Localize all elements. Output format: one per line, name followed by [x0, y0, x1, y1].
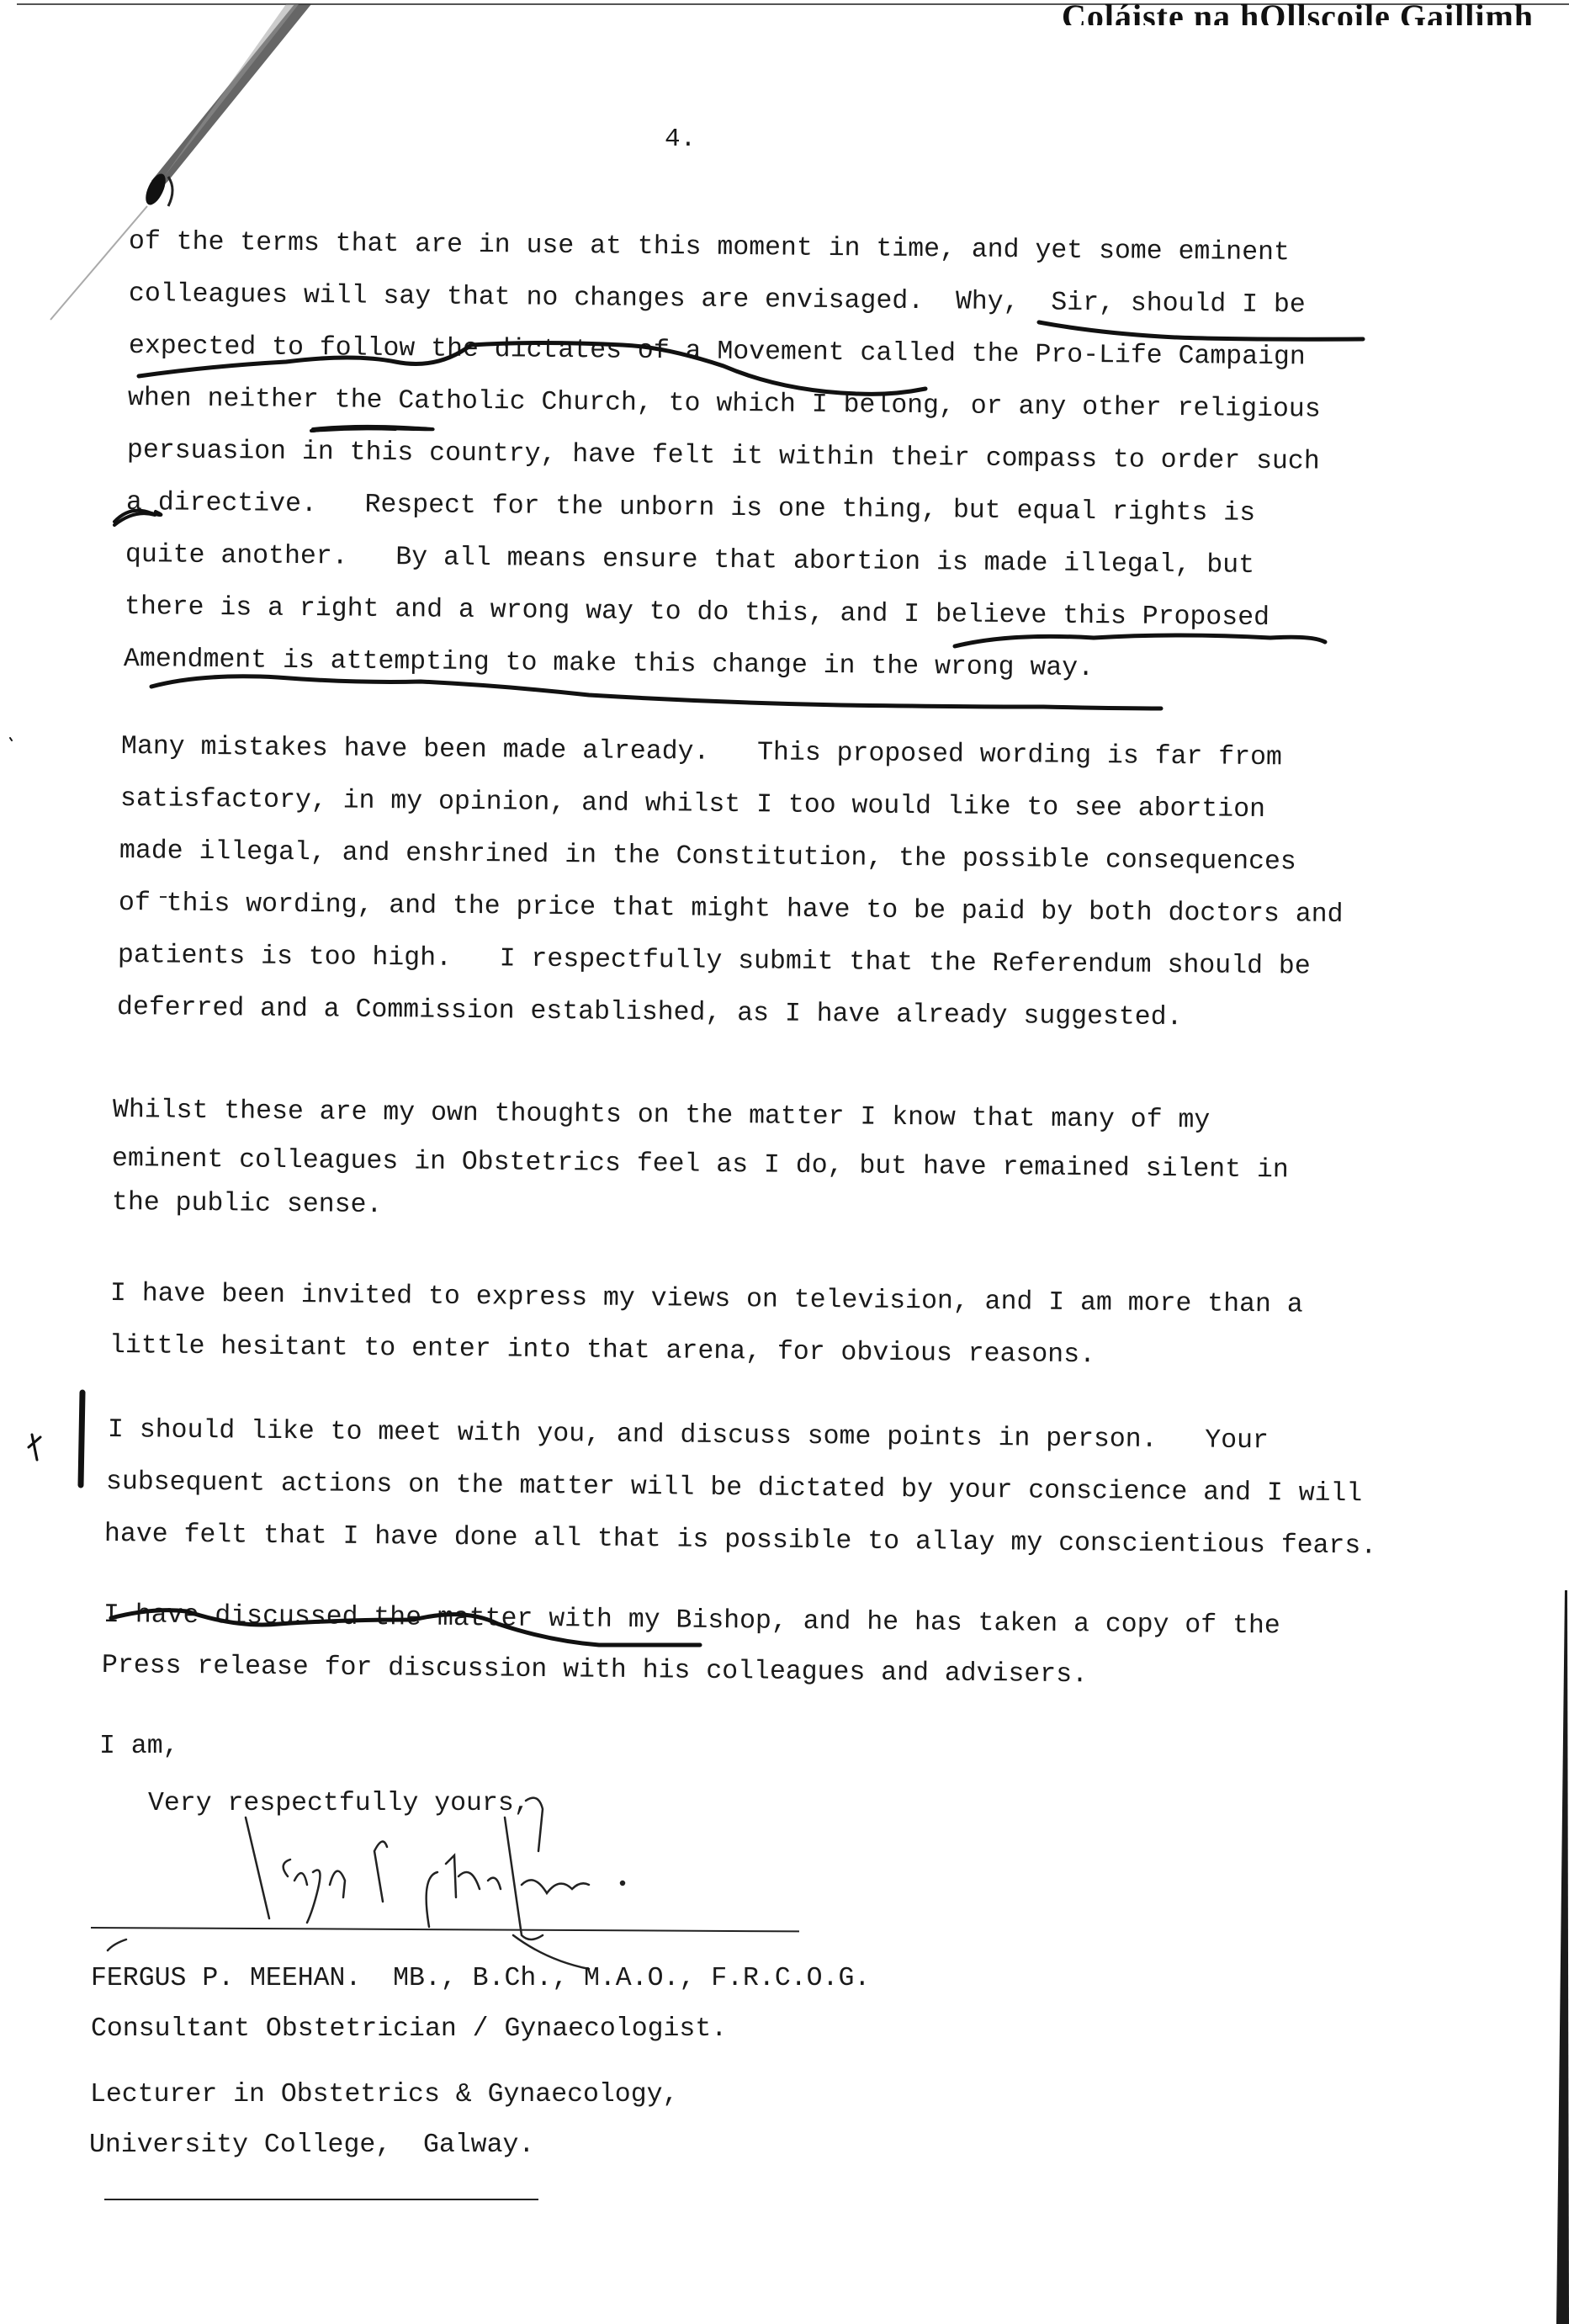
text-line: eminent colleagues in Obstetrics feel as… [112, 1143, 1289, 1187]
text-line: deferred and a Commission established, a… [117, 991, 1183, 1035]
signatory-position: Lecturer in Obstetrics & Gynaecology, [90, 2078, 678, 2112]
text-line: of this wording, and the price that migh… [119, 887, 1344, 932]
signature-line [91, 1927, 799, 1932]
salutation: I am, [99, 1730, 179, 1764]
valediction: Very respectfully yours, [148, 1787, 530, 1821]
scan-edge-shadow [1540, 1590, 1569, 2324]
text-line: the public sense. [112, 1186, 383, 1223]
page-number: 4. [665, 125, 696, 154]
underline-proposed [955, 635, 1325, 646]
text-line: satisfactory, in my opinion, and whilst … [120, 783, 1265, 827]
text-line: Press release for discussion with his co… [102, 1649, 1088, 1692]
text-line: have felt that I have done all that is p… [104, 1518, 1377, 1564]
text-line: Amendment is attempting to make this cha… [124, 643, 1094, 686]
underline-why-sir [1039, 322, 1363, 339]
text-line: when neither the Catholic Church, to whi… [128, 382, 1321, 427]
text-line: subsequent actions on the matter will be… [106, 1466, 1363, 1511]
underline-which-i-belong [313, 427, 433, 429]
text-line: Whilst these are my own thoughts on the … [113, 1094, 1211, 1138]
margin-x-mark [29, 1435, 40, 1460]
bottom-rule [104, 2199, 538, 2200]
text-line: patients is too high. I respectfully sub… [118, 939, 1311, 984]
text-line: Many mistakes have been made already. Th… [121, 730, 1282, 775]
text-line: quite another. By all means ensure that … [125, 539, 1254, 583]
margin-bar [81, 1393, 82, 1485]
text-line: I have been invited to express my views … [110, 1277, 1303, 1323]
text-line: a directive. Respect for the unborn is o… [126, 486, 1255, 531]
letter-page: Coláiste na hOllscoile Gaillimh 4. of th… [0, 0, 1569, 2324]
signatory-name: FERGUS P. MEEHAN. MB., B.Ch., M.A.O., F.… [91, 1962, 870, 1996]
text-line: persuasion in this country, have felt it… [127, 434, 1320, 480]
archive-stamp: Coláiste na hOllscoile Gaillimh [1062, 0, 1534, 25]
text-line: little hesitant to enter into that arena… [109, 1329, 1095, 1372]
text-line: expected to follow the dictates of a Mov… [129, 330, 1306, 374]
signatory-title: Consultant Obstetrician / Gynaecologist. [91, 2013, 727, 2046]
text-line: I have discussed the matter with my Bish… [103, 1599, 1280, 1643]
text-line: there is a right and a wrong way to do t… [125, 591, 1270, 635]
signatory-institution: University College, Galway. [89, 2129, 534, 2162]
text-line: I should like to meet with you, and disc… [108, 1414, 1269, 1458]
text-line: made illegal, and enshrined in the Const… [119, 835, 1296, 879]
